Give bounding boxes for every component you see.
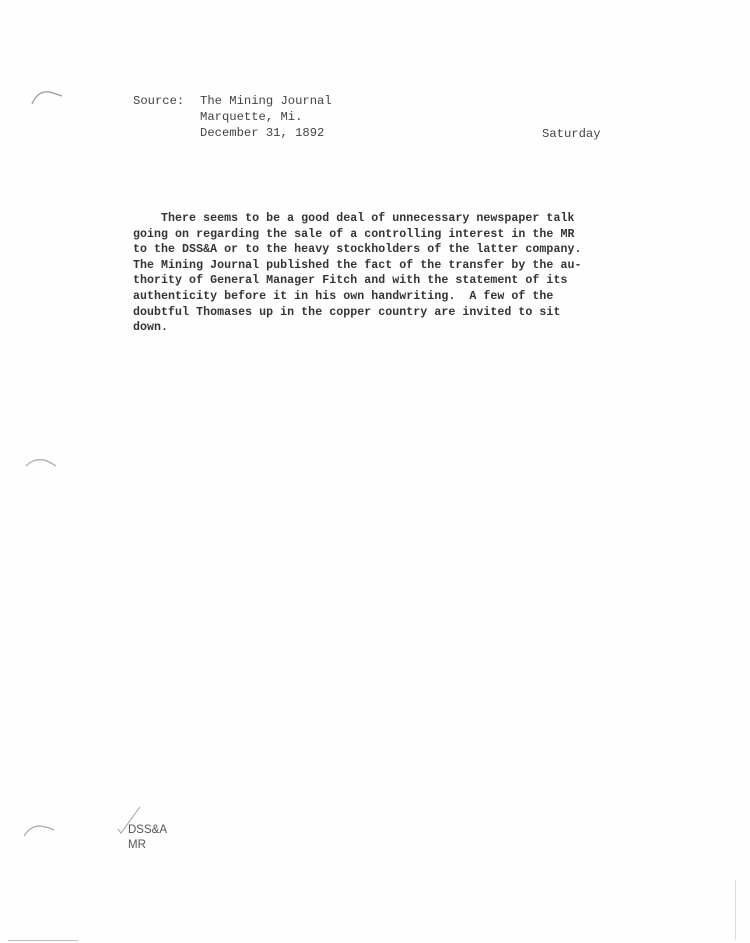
punch-hole-mark-bottom <box>20 820 60 840</box>
article-line: There seems to be a good deal of unneces… <box>133 211 613 227</box>
punch-hole-mark-top <box>28 86 68 106</box>
source-header: Source: The Mining Journal Marquette, Mi… <box>133 93 332 141</box>
punch-hole-mark-middle <box>22 452 62 472</box>
cc-list: DSS&A MR <box>128 823 167 853</box>
article-line: going on regarding the sale of a control… <box>133 227 613 243</box>
source-label: Source: <box>133 93 200 141</box>
scan-edge-right <box>735 880 736 940</box>
source-location: Marquette, Mi. <box>200 109 332 125</box>
cc-mr: MR <box>128 838 167 853</box>
article-line: to the DSS&A or to the heavy stockholder… <box>133 242 613 258</box>
article-line: thority of General Manager Fitch and wit… <box>133 273 613 289</box>
article-line: doubtful Thomases up in the copper count… <box>133 305 613 321</box>
scan-edge-line <box>8 940 78 941</box>
article-line: authenticity before it in his own handwr… <box>133 289 613 305</box>
scanned-page: Source: The Mining Journal Marquette, Mi… <box>0 0 750 943</box>
article-line: down. <box>133 320 613 336</box>
source-publication: The Mining Journal <box>200 93 332 109</box>
cc-dssa: DSS&A <box>128 823 167 838</box>
source-date: December 31, 1892 <box>200 125 332 141</box>
article-paragraph: There seems to be a good deal of unneces… <box>133 211 613 336</box>
day-of-week: Saturday <box>542 127 601 141</box>
article-line: The Mining Journal published the fact of… <box>133 258 613 274</box>
